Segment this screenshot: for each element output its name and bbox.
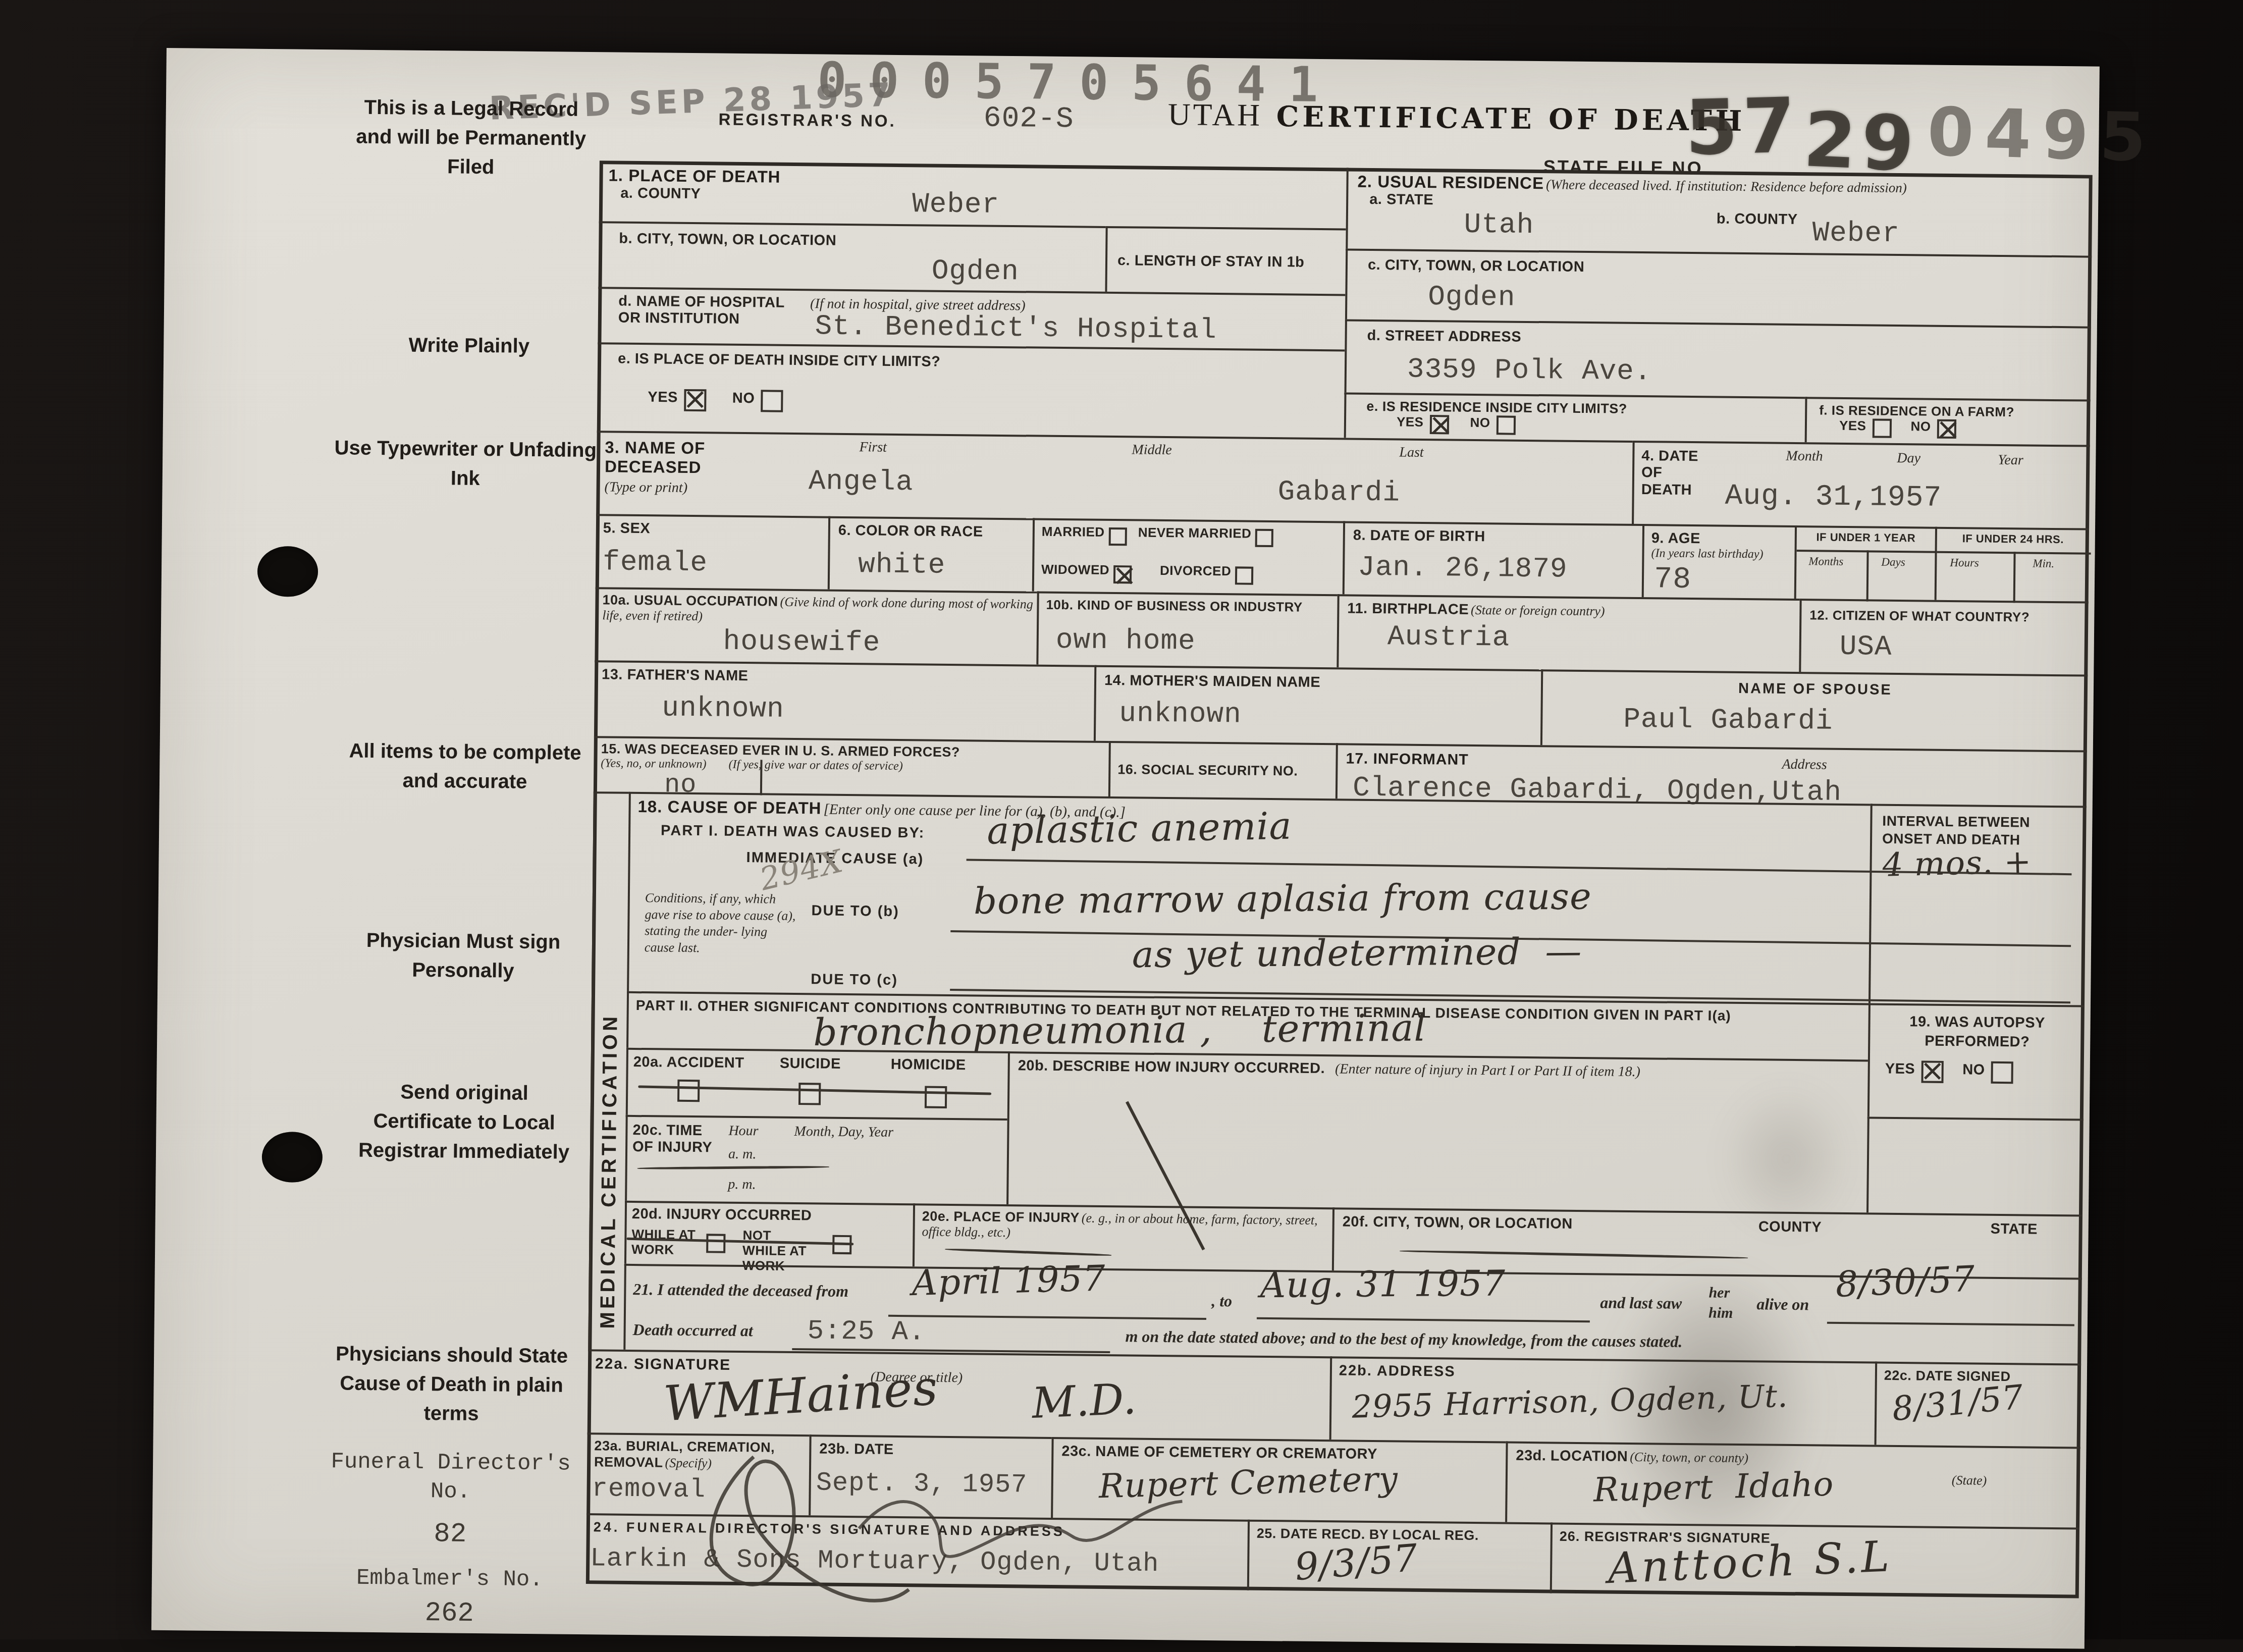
married-checkbox [1108, 527, 1127, 546]
field-physician-signature: 22a. SIGNATURE (Degree or title) WMHaine… [588, 1349, 1330, 1440]
fathers-name-value: unknown [662, 692, 1094, 728]
field-autopsy: 19. WAS AUTOPSY PERFORMED? YES NO [1867, 1003, 2085, 1118]
field-business-industry: 10b. KIND OF BUSINESS OR INDUSTRY own ho… [1036, 592, 1337, 668]
interval-value: 4 mos. + [1882, 843, 2032, 884]
cemetery-location-value: Rupert Idaho [1593, 1465, 1834, 1510]
birthplace-value: Austria [1387, 621, 1800, 657]
part2-value: bronchopneumonia , terminal [813, 1006, 1426, 1054]
field-sex: 5. SEX female [596, 514, 828, 589]
business-value: own home [1056, 624, 1338, 659]
margin-note-legal-record: This is a Legal Record and will be Perma… [352, 93, 590, 183]
while-at-work-checkbox [706, 1234, 725, 1253]
attended-from-value: April 1957 [912, 1257, 1106, 1304]
field-injury-occurred: 20d. INJURY OCCURRED WHILE AT WORK NOT W… [624, 1201, 913, 1266]
residence-city-limits-no-checkbox [1496, 416, 1515, 435]
scan-background: 0005705641 REC'D SEP 28 1957 REGISTRAR'S… [0, 0, 2243, 1639]
field-date-of-birth: 8. DATE OF BIRTH Jan. 26,1879 [1343, 521, 1642, 597]
residence-farm-no-checkbox [1937, 419, 1956, 439]
field-residence-street: d. STREET ADDRESS 3359 Polk Ave. [1345, 319, 2091, 399]
accident-checkbox [677, 1080, 700, 1102]
field-residence-farm: f. IS RESIDENCE ON A FARM? YES NO [1805, 397, 2091, 445]
death-city-limits-yes-checkbox [684, 389, 706, 411]
field-physician-address: 22b. ADDRESS 2955 Harrison, Ogden, Ut. [1329, 1356, 1876, 1445]
title-state: UTAH [1167, 97, 1262, 134]
field-marital-status: MARRIED NEVER MARRIED WIDOWED DIVORCED [1032, 518, 1343, 595]
race-value: white [858, 549, 1033, 582]
widowed-checkbox [1113, 565, 1132, 583]
field-residence-state-county: 2. USUAL RESIDENCE (Where deceased lived… [1346, 168, 2092, 255]
suicide-checkbox [798, 1083, 821, 1105]
never-married-checkbox [1255, 529, 1273, 547]
field-death-inside-city-limits: e. IS PLACE OF DEATH INSIDE CITY LIMITS?… [597, 342, 1345, 438]
homicide-checkbox [925, 1086, 947, 1108]
autopsy-yes-checkbox [1921, 1061, 1943, 1083]
margin-note-send-original: Send original Certificate to Local Regis… [355, 1077, 573, 1167]
spouse-name-value: Paul Gabardi [1623, 703, 2088, 740]
medical-certification-strip: MEDICAL CERTIFICATION [588, 791, 629, 1350]
date-signed-value: 8/31/57 [1890, 1377, 2025, 1428]
field-name-of-spouse: NAME OF SPOUSE Paul Gabardi [1540, 669, 2088, 750]
field-residence-city-limits: e. IS RESIDENCE INSIDE CITY LIMITS? YES … [1344, 392, 1805, 442]
due-to-b-value-line2: as yet undetermined — [1132, 930, 1582, 976]
field-place-of-death-county: 1. PLACE OF DEATH a. COUNTY Weber [599, 161, 1347, 228]
attended-to-value: Aug. 31 1957 [1260, 1262, 1506, 1306]
residence-state-value: Utah [1464, 208, 1534, 241]
field-length-of-stay: c. LENGTH OF STAY IN 1b [1105, 226, 1346, 294]
field-armed-forces: 15. WAS DECEASED EVER IN U. S. ARMED FOR… [594, 736, 1109, 796]
registrar-no-value: 602-S [983, 102, 1074, 136]
certificate-paper: 0005705641 REC'D SEP 28 1957 REGISTRAR'S… [151, 48, 2100, 1639]
embalmer-no-value: 262 [318, 1595, 581, 1633]
field-describe-injury: 20b. DESCRIBE HOW INJURY OCCURRED. (Ente… [1006, 1051, 1868, 1212]
field-date-signed: 22c. DATE SIGNED 8/31/57 [1875, 1362, 2081, 1447]
field-date-of-death: 4. DATE OF DEATH Month Day Year Aug. 31,… [1632, 441, 2090, 528]
last-name-value: Gabardi [1277, 475, 1400, 509]
field-cemetery-location: 23d. LOCATION (City, town, or county) (S… [1505, 1442, 2080, 1528]
funeral-director-no-label: Funeral Director's No. [319, 1448, 582, 1508]
funeral-director-scrawl [646, 1435, 1355, 1639]
medical-certification-label: MEDICAL CERTIFICATION [597, 824, 624, 1328]
cell-empty-right [1866, 1116, 2084, 1214]
residence-city-value: Ogden [1428, 281, 1516, 314]
margin-note-complete-accurate: All items to be complete and accurate [346, 736, 584, 797]
page-title: CERTIFICATE OF DEATH [1276, 100, 1745, 138]
field-city-of-death: b. CITY, TOWN, OR LOCATION Ogden [598, 221, 1105, 292]
death-city-limits-no-checkbox [761, 390, 783, 412]
divorced-checkbox [1235, 566, 1253, 584]
physician-degree-value: M.D. [1031, 1374, 1138, 1428]
physician-address-value: 2955 Harrison, Ogden, Ut. [1352, 1377, 1789, 1425]
date-of-birth-value: Jan. 26,1879 [1358, 551, 1642, 586]
field-name-of-deceased: 3. NAME OF DECEASED (Type or print) Firs… [596, 431, 1632, 524]
last-alive-value: 8/30/57 [1835, 1258, 1976, 1305]
age-value: 78 [1654, 562, 1795, 598]
embalmer-no-label: Embalmer's No. [318, 1564, 581, 1595]
field-social-security-no: 16. SOCIAL SECURITY NO. [1108, 741, 1336, 798]
citizen-value: USA [1839, 630, 2088, 665]
serial-number-stamp: 0005705641 [817, 51, 1342, 113]
mothers-name-value: unknown [1119, 698, 1541, 734]
hospital-name-value: St. Benedict's Hospital [815, 310, 1217, 346]
death-time-value: 5:25 A. [807, 1316, 925, 1348]
residence-farm-yes-checkbox [1872, 419, 1891, 438]
registrar-no-label: REGISTRAR'S NO. [719, 110, 896, 131]
county-of-death-value: Weber [912, 188, 1000, 221]
autopsy-no-checkbox [1991, 1061, 2013, 1084]
city-of-death-value: Ogden [932, 255, 1020, 288]
field-usual-occupation: 10a. USUAL OCCUPATION (Give kind of work… [595, 587, 1037, 664]
field-informant: 17. INFORMANT Address Clarence Gabardi, … [1336, 743, 2087, 806]
field-accident-suicide-homicide: 20a. ACCIDENT SUICIDE HOMICIDE [626, 1048, 1008, 1118]
field-interval-onset-death: INTERVAL BETWEEN ONSET AND DEATH [1868, 804, 2087, 1005]
due-to-b-value-line1: bone marrow aplasia from cause [974, 875, 1592, 922]
field-age: 9. AGE (In years last birthday) 78 [1642, 524, 1795, 599]
margin-note-plain-terms: Physicians should State Cause of Death i… [310, 1339, 594, 1429]
field-color-or-race: 6. COLOR OR RACE white [828, 516, 1033, 592]
field-residence-city: c. CITY, TOWN, OR LOCATION Ogden [1345, 248, 2092, 326]
field-citizen-country: 12. CITIZEN OF WHAT COUNTRY? USA [1799, 599, 2088, 674]
margin-note-physician-sign: Physician Must sign Personally [344, 925, 582, 986]
field-registrar-signature: 26. REGISTRAR'S SIGNATURE Anttoch S.L [1550, 1522, 2079, 1598]
file-stamp-0495: 0495 [1927, 93, 2158, 177]
funeral-director-no-value: 82 [318, 1516, 581, 1554]
field-mothers-maiden-name: 14. MOTHER'S MAIDEN NAME unknown [1094, 665, 1541, 745]
date-of-death-value: Aug. 31,1957 [1725, 480, 1942, 515]
margin-note-write-plainly: Write Plainly [350, 330, 588, 362]
residence-street-value: 3359 Polk Ave. [1407, 353, 1652, 388]
field-hospital-name: d. NAME OF HOSPITAL OR INSTITUTION (If n… [598, 287, 1345, 349]
residence-city-limits-yes-checkbox [1429, 415, 1449, 434]
field-birthplace: 11. BIRTHPLACE (State or foreign country… [1337, 594, 1799, 672]
hole-punch-bottom [261, 1132, 323, 1183]
hole-punch-top [257, 546, 318, 597]
field-if-under-24-hrs: IF UNDER 24 HRS. Hours Min. [1935, 527, 2089, 602]
occupation-value: housewife [723, 625, 1037, 661]
immediate-cause-value: aplastic anemia [987, 805, 1292, 853]
margin-note-typewriter: Use Typewriter or Unfading Ink [329, 433, 602, 494]
first-name-value: Angela [809, 465, 914, 498]
field-time-of-injury: 20c. TIME OF INJURY Hour a. m. p. m. Mon… [625, 1115, 1007, 1204]
sex-value: female [603, 546, 828, 580]
residence-county-value: Weber [1812, 217, 1900, 250]
field-if-under-1-year: IF UNDER 1 YEAR Months Days [1794, 525, 1935, 600]
field-fathers-name: 13. FATHER'S NAME unknown [594, 660, 1094, 740]
